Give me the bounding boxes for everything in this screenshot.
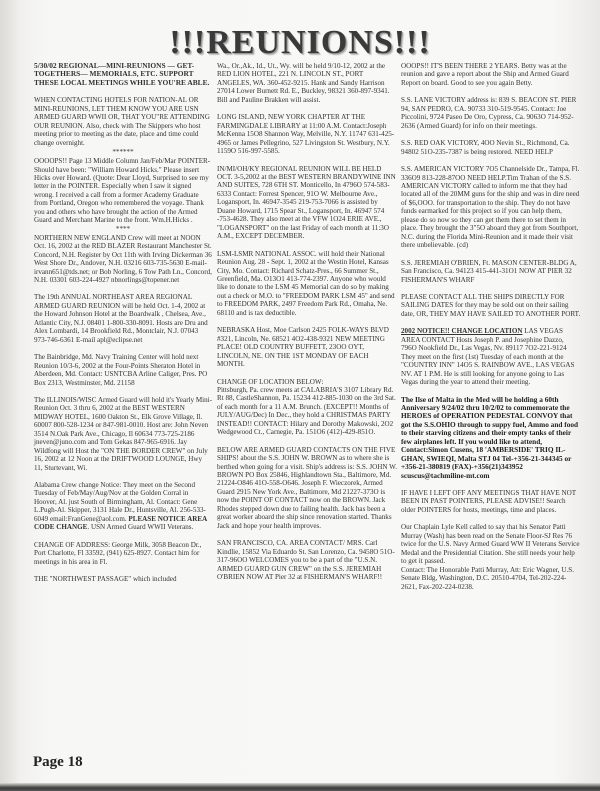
- article-address-change: CHANGE OF ADDRESS: George Milk, 3058 Bea…: [34, 541, 212, 566]
- article-northern-new-england: NORTHERN NEW ENGLAND Crew will meet at N…: [34, 234, 212, 285]
- article-pittsburgh: CHANGE OF LOCATION BELOW:Pittsburgh, Pa.…: [217, 378, 397, 437]
- chaplain-contact: Contact: The Honorable Patti Murray, Att…: [401, 566, 574, 591]
- separator-stars: ****: [34, 225, 212, 233]
- pittsburgh-text: Pittsburgh, Pa. crew meets at CALABRIA'S…: [217, 386, 396, 436]
- column-right: OOOPS!! IT'S BEEN THERE 2 YEARS. Betty w…: [401, 62, 581, 591]
- article-oops-correction: OOOOPS!! Page 13 Middle Column Jan/Feb/M…: [34, 157, 212, 225]
- article-lsm-lsmr: LSM-LSMR NATIONAL ASSOC. will hold their…: [217, 250, 397, 318]
- article-northwest-passage-cont: Wa., Or.,Ak., Id., Ut., Wy. will be held…: [217, 62, 397, 104]
- article-left-off: IF HAVE I LEFT OFF ANY MEETINGS THAT HAV…: [401, 489, 581, 514]
- article-las-vegas: 2002 NOTICE!! CHANGE LOCATION LAS VEGAS …: [401, 327, 581, 386]
- article-malta: The Ilse of Malta in the Med will be hol…: [401, 396, 581, 481]
- article-northeast-reunion: The 19th ANNUAL NORTHEAST AREA REGIONAL …: [34, 293, 212, 344]
- column-left: 5/30/02 REGIONAL—MINI-REUNIONS — GET-TOG…: [34, 62, 212, 584]
- article-five-ships: BELOW ARE ARMED GUARD CONTACTS ON THE FI…: [217, 446, 397, 531]
- article-american-victory: S.S. AMERICAN VICTORY 7O5 Channelside Dr…: [401, 165, 581, 250]
- hotel-notice: WHEN CONTACTING HOTELS FOR NATION-AL OR …: [34, 96, 212, 147]
- pittsburgh-heading: CHANGE OF LOCATION BELOW:: [217, 378, 323, 386]
- five-ships-text: about the S.S. JOHN W. BROWN as to where…: [217, 454, 397, 530]
- masthead: !!!REUNIONS!!!: [0, 28, 600, 58]
- page-number: Page 18: [33, 754, 83, 771]
- alabama-text-end: . USN Armed Guard WWII Veterans.: [87, 523, 193, 531]
- article-jeremiah-obrien: S.S. JEREMIAH O'BRIEN, Ft. MASON CENTER-…: [401, 259, 581, 284]
- article-red-oak-victory: S.S. RED OAK VICTORY, 4OO Nevin St., Ric…: [401, 139, 581, 156]
- article-long-island: LONG ISLAND, NEW YORK CHAPTER AT THE FAR…: [217, 113, 397, 155]
- las-vegas-text: LAS VEGAS AREA CONTACT Hosts Joseph P. a…: [401, 327, 574, 386]
- intro-header: 5/30/02 REGIONAL—MINI-REUNIONS — GET-TOG…: [34, 62, 212, 87]
- column-middle: Wa., Or.,Ak., Id., Ut., Wy. will be held…: [217, 62, 397, 590]
- article-san-francisco: SAN FRANCISCO, CA. AREA CONTACT/ MRS. Ca…: [217, 539, 397, 581]
- article-northwest-passage: THE "NORTHWEST PASSAGE" which included: [34, 575, 212, 583]
- article-illinois-wisc: The ILLINOIS/WISC Armed Guard will hold …: [34, 396, 212, 472]
- las-vegas-heading: 2002 NOTICE!! CHANGE LOCATION: [401, 327, 522, 335]
- page-bottom-edge: [0, 783, 600, 791]
- article-contact-ships: PLEASE CONTACT ALL THE SHIPS DIRECTLY FO…: [401, 293, 581, 318]
- article-in-mi-oh-ky: IN/MI/OH/KY REGIONAL REUNION WILL BE HEL…: [217, 165, 397, 241]
- article-chaplain: Our Chaplain Lyle Kell called to say tha…: [401, 523, 581, 591]
- article-nebraska: NEBRASKA Host, Moe Carlson 2425 FOLK-WAY…: [217, 326, 397, 368]
- article-bainbridge: The Bainbridge, Md. Navy Training Center…: [34, 353, 212, 387]
- page-title: !!!REUNIONS!!!: [0, 28, 600, 58]
- newsletter-page: !!!REUNIONS!!! 5/30/02 REGIONAL—MINI-REU…: [0, 0, 600, 791]
- article-alabama: Alabama Crew change Notice: They meet on…: [34, 481, 212, 532]
- separator-stars: ******: [34, 148, 212, 156]
- article-betty: OOOPS!! IT'S BEEN THERE 2 YEARS. Betty w…: [401, 62, 581, 87]
- article-lane-victory: S.S. LANE VICTORY address is: 839 S. BEA…: [401, 96, 581, 130]
- page-shadow: [0, 0, 20, 791]
- chaplain-text: Our Chaplain Lyle Kell called to say tha…: [401, 523, 579, 565]
